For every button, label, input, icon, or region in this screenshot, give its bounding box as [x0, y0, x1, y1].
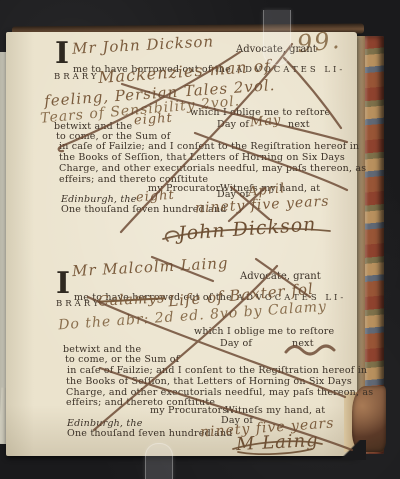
entry2-brary: BRARY: [56, 299, 102, 309]
entry1-failzie: in caſe of Failzie; and I conſent to the…: [59, 141, 359, 152]
entry2-books-session: the Books of Seſſion, that Letters of Ho…: [66, 376, 352, 387]
book-strap-bottom: [145, 443, 173, 479]
entry2-to-come: to come, or the Sum of: [65, 354, 179, 365]
corner-shadow: [336, 440, 366, 460]
book-strap-top: [263, 10, 291, 65]
entry2-next: next: [292, 338, 314, 349]
entry2-signature: M Laing: [236, 430, 320, 455]
entry1-sign-day: eight: [136, 188, 176, 206]
entry2-failzie: in caſe of Failzie; and I conſent to the…: [67, 365, 367, 376]
entry1-next: next: [288, 119, 310, 130]
entry2-day-of: Day of: [220, 338, 252, 349]
entry2-restore-line: which I oblige me to reſtore: [194, 326, 334, 337]
entry1-books-session: the Books of Seſſion, that Letters of Ho…: [59, 152, 345, 163]
entry1-dropcap: I: [55, 42, 69, 66]
entry1-brary: BRARY: [54, 72, 100, 82]
entry1-due-day: eight: [134, 111, 174, 129]
entry1-due-month: May: [249, 113, 282, 131]
entry1-day-of: Day of: [217, 119, 249, 130]
entry2-dropcap: I: [56, 272, 70, 296]
photographed-register-page: 99. I Mr John Dickson Advocate, grant me…: [0, 0, 400, 479]
entry1-charge: Charge, and other executorials needful, …: [59, 163, 366, 174]
